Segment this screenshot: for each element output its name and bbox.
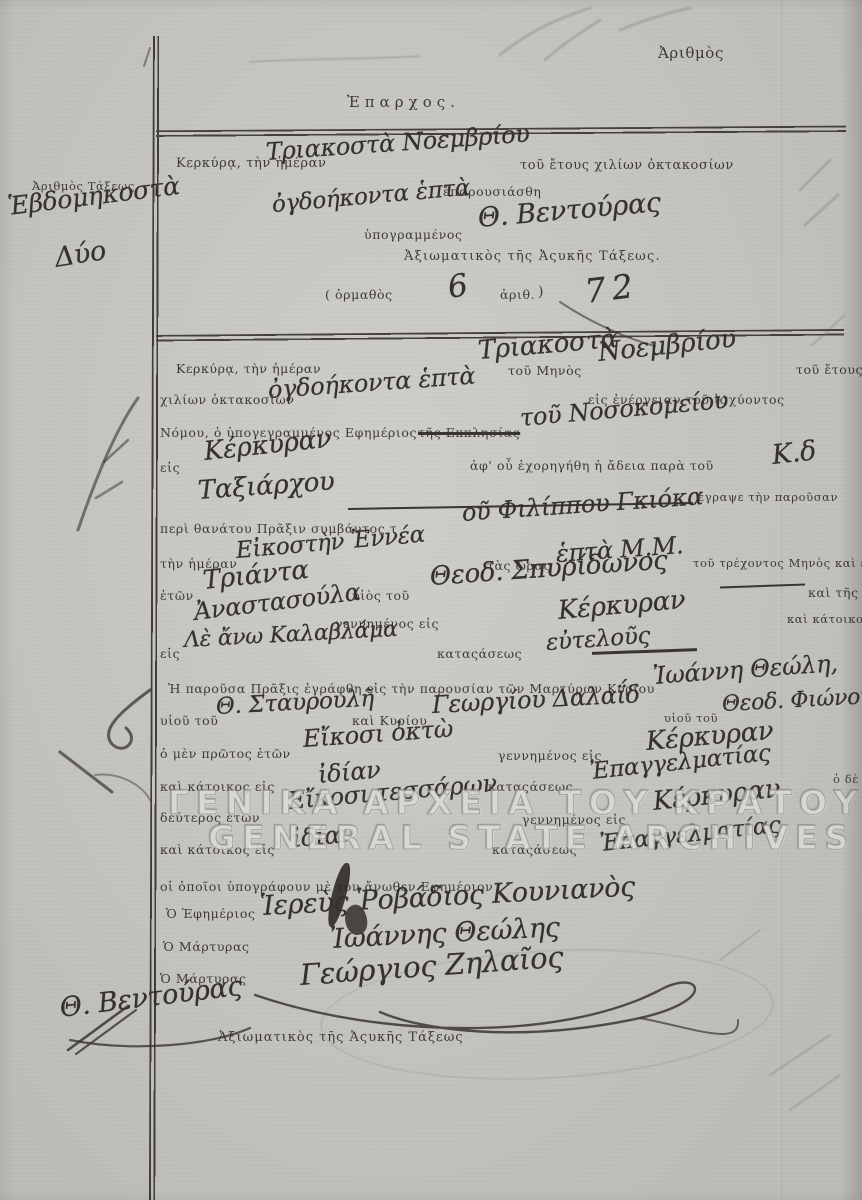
scanned-death-record-page: Ἀριθμὸς Ἐπαρχος. Ἀριθμὸς Τάξεως. Ἑβδομηκ…: [0, 0, 862, 1200]
archive-watermark-line1: ΓΕΝΙΚΑ ΑΡΧΕΙΑ ΤΟΥ ΚΡΑΤΟΥΣ: [168, 783, 862, 822]
granter-handwritten: Κ.δ: [770, 435, 817, 470]
act-number-handwritten: 72: [583, 266, 641, 311]
archive-watermark-line2: GENERAL STATE ARCHIVES: [208, 818, 855, 857]
